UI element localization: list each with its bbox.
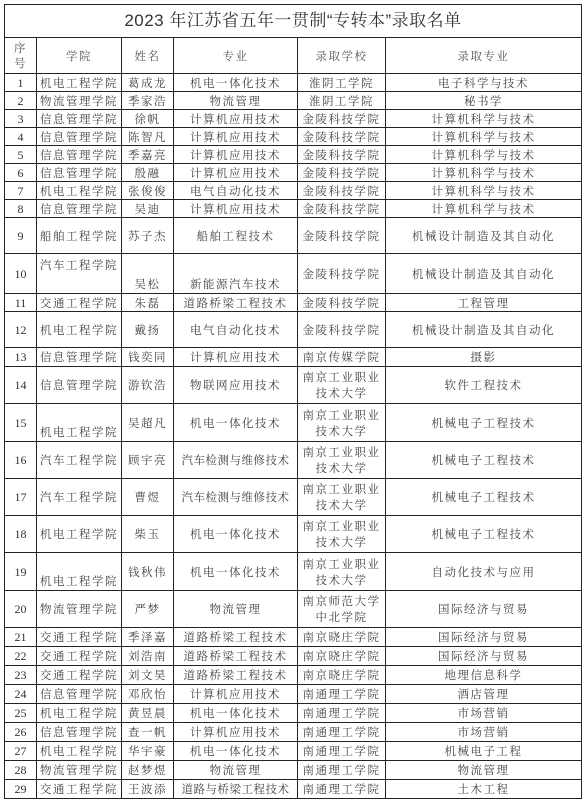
cell-admitted-major: 机械设计制造及其自动化: [386, 254, 582, 294]
table-row: 11 交通工程学院 朱磊 道路桥梁工程技术 金陵科技学院 工程管理: [5, 294, 582, 312]
cell-name: 朱磊: [122, 294, 174, 312]
cell-college: 信息管理学院: [37, 164, 122, 182]
cell-college: 信息管理学院: [37, 723, 122, 742]
cell-college: 船舶工程学院: [37, 218, 122, 254]
cell-college: 机电工程学院: [37, 312, 122, 348]
table-row: 16 汽车工程学院 顾宇亮 汽车检测与维修技术 南京工业职业技术大学 机械电子工…: [5, 442, 582, 479]
cell-college: 交通工程学院: [37, 780, 122, 799]
cell-no: 11: [5, 294, 37, 312]
cell-no: 1: [5, 74, 37, 92]
cell-major: 道路桥梁工程技术: [174, 294, 298, 312]
cell-college: 信息管理学院: [37, 128, 122, 146]
cell-no: 9: [5, 218, 37, 254]
cell-no: 23: [5, 666, 37, 685]
cell-no: 22: [5, 647, 37, 666]
cell-admitted-major: 酒店管理: [386, 685, 582, 704]
cell-admitted-major: 国际经济与贸易: [386, 647, 582, 666]
cell-name: 吴松: [122, 254, 174, 294]
cell-name: 吴迪: [122, 200, 174, 218]
cell-college: 机电工程学院: [37, 553, 122, 591]
cell-admitted-major: 机械电子工程: [386, 742, 582, 761]
cell-major: 船舶工程技术: [174, 218, 298, 254]
cell-school: 淮阴工学院: [298, 92, 386, 110]
cell-major: 计算机应用技术: [174, 110, 298, 128]
cell-major: 物联网应用技术: [174, 367, 298, 404]
cell-major: 机电一体化技术: [174, 553, 298, 591]
cell-no: 15: [5, 404, 37, 442]
cell-admitted-major: 电子科学与技术: [386, 74, 582, 92]
cell-admitted-major: 市场营销: [386, 704, 582, 723]
cell-college: 信息管理学院: [37, 110, 122, 128]
cell-major: 道路与桥梁工程技术: [174, 780, 298, 799]
cell-major: 道路桥梁工程技术: [174, 628, 298, 647]
cell-school: 南京晓庄学院: [298, 628, 386, 647]
cell-college: 信息管理学院: [37, 348, 122, 367]
cell-major: 机电一体化技术: [174, 704, 298, 723]
cell-major: 计算机应用技术: [174, 348, 298, 367]
table-row: 22 交通工程学院 刘浩南 道路桥梁工程技术 南京晓庄学院 国际经济与贸易: [5, 647, 582, 666]
cell-college: 汽车工程学院: [37, 254, 122, 294]
cell-admitted-major: 机械电子工程技术: [386, 516, 582, 553]
cell-school: 南京工业职业技术大学: [298, 516, 386, 553]
cell-major: 物流管理: [174, 591, 298, 628]
cell-no: 5: [5, 146, 37, 164]
cell-school: 金陵科技学院: [298, 200, 386, 218]
table-row: 12 机电工程学院 戴扬 电气自动化技术 金陵科技学院 机械设计制造及其自动化: [5, 312, 582, 348]
cell-college: 物流管理学院: [37, 92, 122, 110]
cell-admitted-major: 国际经济与贸易: [386, 591, 582, 628]
cell-school: 南京工业职业技术大学: [298, 442, 386, 479]
header-major: 专业: [174, 38, 298, 74]
cell-major: 计算机应用技术: [174, 723, 298, 742]
cell-admitted-major: 秘书学: [386, 92, 582, 110]
cell-name: 陈智凡: [122, 128, 174, 146]
cell-school: 金陵科技学院: [298, 182, 386, 200]
cell-admitted-major: 机械电子工程技术: [386, 404, 582, 442]
cell-school: 南京工业职业技术大学: [298, 479, 386, 516]
table-row: 26 信息管理学院 查一帆 计算机应用技术 南通理工学院 市场营销: [5, 723, 582, 742]
table-row: 15 机电工程学院 吴超凡 机电一体化技术 南京工业职业技术大学 机械电子工程技…: [5, 404, 582, 442]
cell-no: 25: [5, 704, 37, 723]
cell-college: 物流管理学院: [37, 591, 122, 628]
cell-college: 机电工程学院: [37, 404, 122, 442]
cell-admitted-major: 摄影: [386, 348, 582, 367]
cell-name: 季嘉亮: [122, 146, 174, 164]
cell-admitted-major: 机械电子工程技术: [386, 479, 582, 516]
cell-college: 机电工程学院: [37, 704, 122, 723]
cell-no: 18: [5, 516, 37, 553]
table-row: 4 信息管理学院 陈智凡 计算机应用技术 金陵科技学院 计算机科学与技术: [5, 128, 582, 146]
cell-admitted-major: 土木工程: [386, 780, 582, 799]
cell-major: 计算机应用技术: [174, 146, 298, 164]
cell-major: 汽车检测与维修技术: [174, 442, 298, 479]
cell-admitted-major: 计算机科学与技术: [386, 110, 582, 128]
cell-major: 新能源汽车技术: [174, 254, 298, 294]
header-seq-line2: 号: [14, 56, 27, 70]
cell-college: 机电工程学院: [37, 74, 122, 92]
cell-major: 电气自动化技术: [174, 182, 298, 200]
cell-admitted-major: 机械设计制造及其自动化: [386, 218, 582, 254]
header-college: 学院: [37, 38, 122, 74]
cell-major: 计算机应用技术: [174, 164, 298, 182]
cell-no: 28: [5, 761, 37, 780]
cell-name: 曹煜: [122, 479, 174, 516]
cell-admitted-major: 自动化技术与应用: [386, 553, 582, 591]
cell-major: 物流管理: [174, 92, 298, 110]
cell-admitted-major: 机械设计制造及其自动化: [386, 312, 582, 348]
cell-major: 机电一体化技术: [174, 516, 298, 553]
cell-college: 机电工程学院: [37, 742, 122, 761]
cell-admitted-major: 国际经济与贸易: [386, 628, 582, 647]
cell-name: 柴玉: [122, 516, 174, 553]
table-row: 1 机电工程学院 葛成龙 机电一体化技术 淮阴工学院 电子科学与技术: [5, 74, 582, 92]
cell-school: 金陵科技学院: [298, 146, 386, 164]
table-row: 9 船舶工程学院 苏子杰 船舶工程技术 金陵科技学院 机械设计制造及其自动化: [5, 218, 582, 254]
cell-college: 交通工程学院: [37, 628, 122, 647]
cell-admitted-major: 计算机科学与技术: [386, 146, 582, 164]
cell-admitted-major: 机械电子工程技术: [386, 442, 582, 479]
cell-college: 信息管理学院: [37, 685, 122, 704]
table-row: 29 交通工程学院 王波添 道路与桥梁工程技术 南通理工学院 土木工程: [5, 780, 582, 799]
cell-school: 南通理工学院: [298, 780, 386, 799]
table-row: 7 机电工程学院 张俊俊 电气自动化技术 金陵科技学院 计算机科学与技术: [5, 182, 582, 200]
table-row: 24 信息管理学院 邓欣怡 计算机应用技术 南通理工学院 酒店管理: [5, 685, 582, 704]
cell-admitted-major: 计算机科学与技术: [386, 164, 582, 182]
cell-school: 金陵科技学院: [298, 164, 386, 182]
cell-no: 26: [5, 723, 37, 742]
cell-school: 金陵科技学院: [298, 312, 386, 348]
cell-major: 机电一体化技术: [174, 742, 298, 761]
cell-name: 邓欣怡: [122, 685, 174, 704]
cell-school: 南京晓庄学院: [298, 666, 386, 685]
cell-name: 刘文昊: [122, 666, 174, 685]
cell-college: 汽车工程学院: [37, 442, 122, 479]
cell-admitted-major: 计算机科学与技术: [386, 128, 582, 146]
cell-major: 机电一体化技术: [174, 404, 298, 442]
header-seq: 序号: [5, 38, 37, 74]
cell-name: 王波添: [122, 780, 174, 799]
cell-school: 南京师范大学中北学院: [298, 591, 386, 628]
cell-name: 游钦浩: [122, 367, 174, 404]
cell-no: 12: [5, 312, 37, 348]
title-row: 2023 年江苏省五年一贯制“专转本”录取名单: [5, 5, 582, 38]
table-row: 13 信息管理学院 钱奕同 计算机应用技术 南京传媒学院 摄影: [5, 348, 582, 367]
cell-major: 计算机应用技术: [174, 128, 298, 146]
cell-college: 交通工程学院: [37, 294, 122, 312]
cell-no: 29: [5, 780, 37, 799]
cell-name: 黄昱晨: [122, 704, 174, 723]
cell-no: 19: [5, 553, 37, 591]
cell-college: 物流管理学院: [37, 761, 122, 780]
cell-name: 张俊俊: [122, 182, 174, 200]
cell-school: 金陵科技学院: [298, 110, 386, 128]
cell-admitted-major: 市场营销: [386, 723, 582, 742]
cell-no: 14: [5, 367, 37, 404]
cell-school: 南京工业职业技术大学: [298, 553, 386, 591]
cell-school: 南京晓庄学院: [298, 647, 386, 666]
table-row: 5 信息管理学院 季嘉亮 计算机应用技术 金陵科技学院 计算机科学与技术: [5, 146, 582, 164]
table-row: 17 汽车工程学院 曹煜 汽车检测与维修技术 南京工业职业技术大学 机械电子工程…: [5, 479, 582, 516]
cell-no: 4: [5, 128, 37, 146]
table-row: 27 机电工程学院 华宇豪 机电一体化技术 南通理工学院 机械电子工程: [5, 742, 582, 761]
cell-major: 电气自动化技术: [174, 312, 298, 348]
cell-school: 南京工业职业技术大学: [298, 367, 386, 404]
cell-college: 机电工程学院: [37, 182, 122, 200]
cell-school: 南京工业职业技术大学: [298, 404, 386, 442]
header-seq-line1: 序: [14, 41, 27, 55]
cell-name: 吴超凡: [122, 404, 174, 442]
cell-admitted-major: 计算机科学与技术: [386, 200, 582, 218]
cell-no: 2: [5, 92, 37, 110]
cell-college: 机电工程学院: [37, 516, 122, 553]
cell-school: 南通理工学院: [298, 685, 386, 704]
table-row: 3 信息管理学院 徐帆 计算机应用技术 金陵科技学院 计算机科学与技术: [5, 110, 582, 128]
cell-admitted-major: 工程管理: [386, 294, 582, 312]
cell-no: 7: [5, 182, 37, 200]
cell-name: 戴扬: [122, 312, 174, 348]
cell-school: 南通理工学院: [298, 761, 386, 780]
cell-no: 27: [5, 742, 37, 761]
cell-school: 金陵科技学院: [298, 218, 386, 254]
header-row: 序号 学院 姓名 专业 录取学校 录取专业: [5, 38, 582, 74]
header-name: 姓名: [122, 38, 174, 74]
cell-college: 信息管理学院: [37, 146, 122, 164]
cell-school: 金陵科技学院: [298, 294, 386, 312]
cell-school: 金陵科技学院: [298, 128, 386, 146]
cell-name: 徐帆: [122, 110, 174, 128]
cell-no: 24: [5, 685, 37, 704]
cell-admitted-major: 计算机科学与技术: [386, 182, 582, 200]
cell-college: 信息管理学院: [37, 367, 122, 404]
cell-name: 查一帆: [122, 723, 174, 742]
table-row: 25 机电工程学院 黄昱晨 机电一体化技术 南通理工学院 市场营销: [5, 704, 582, 723]
cell-no: 13: [5, 348, 37, 367]
cell-name: 季家浩: [122, 92, 174, 110]
cell-no: 21: [5, 628, 37, 647]
cell-admitted-major: 物流管理: [386, 761, 582, 780]
table-row: 6 信息管理学院 殷融 计算机应用技术 金陵科技学院 计算机科学与技术: [5, 164, 582, 182]
table-row: 20 物流管理学院 严梦 物流管理 南京师范大学中北学院 国际经济与贸易: [5, 591, 582, 628]
cell-school: 南京传媒学院: [298, 348, 386, 367]
table-row: 21 交通工程学院 季泽嘉 道路桥梁工程技术 南京晓庄学院 国际经济与贸易: [5, 628, 582, 647]
cell-name: 赵梦煜: [122, 761, 174, 780]
cell-major: 计算机应用技术: [174, 200, 298, 218]
cell-no: 10: [5, 254, 37, 294]
cell-major: 计算机应用技术: [174, 685, 298, 704]
table-row: 28 物流管理学院 赵梦煜 物流管理 南通理工学院 物流管理: [5, 761, 582, 780]
cell-school: 南通理工学院: [298, 742, 386, 761]
cell-name: 钱秋伟: [122, 553, 174, 591]
cell-name: 钱奕同: [122, 348, 174, 367]
cell-major: 物流管理: [174, 761, 298, 780]
table-row: 18 机电工程学院 柴玉 机电一体化技术 南京工业职业技术大学 机械电子工程技术: [5, 516, 582, 553]
cell-college: 交通工程学院: [37, 647, 122, 666]
table-row: 8 信息管理学院 吴迪 计算机应用技术 金陵科技学院 计算机科学与技术: [5, 200, 582, 218]
cell-school: 淮阴工学院: [298, 74, 386, 92]
table-row: 14 信息管理学院 游钦浩 物联网应用技术 南京工业职业技术大学 软件工程技术: [5, 367, 582, 404]
header-admitted-school: 录取学校: [298, 38, 386, 74]
cell-college: 汽车工程学院: [37, 479, 122, 516]
cell-admitted-major: 软件工程技术: [386, 367, 582, 404]
table-row: 23 交通工程学院 刘文昊 道路桥梁工程技术 南京晓庄学院 地理信息科学: [5, 666, 582, 685]
cell-major: 道路桥梁工程技术: [174, 647, 298, 666]
cell-name: 殷融: [122, 164, 174, 182]
cell-no: 8: [5, 200, 37, 218]
cell-name: 顾宇亮: [122, 442, 174, 479]
cell-name: 刘浩南: [122, 647, 174, 666]
table-row: 10 汽车工程学院 吴松 新能源汽车技术 金陵科技学院 机械设计制造及其自动化: [5, 254, 582, 294]
cell-major: 道路桥梁工程技术: [174, 666, 298, 685]
cell-college: 信息管理学院: [37, 200, 122, 218]
cell-name: 华宇豪: [122, 742, 174, 761]
cell-major: 机电一体化技术: [174, 74, 298, 92]
cell-no: 16: [5, 442, 37, 479]
cell-no: 3: [5, 110, 37, 128]
table-row: 19 机电工程学院 钱秋伟 机电一体化技术 南京工业职业技术大学 自动化技术与应…: [5, 553, 582, 591]
cell-name: 严梦: [122, 591, 174, 628]
cell-school: 金陵科技学院: [298, 254, 386, 294]
cell-no: 6: [5, 164, 37, 182]
cell-name: 葛成龙: [122, 74, 174, 92]
cell-name: 季泽嘉: [122, 628, 174, 647]
cell-major: 汽车检测与维修技术: [174, 479, 298, 516]
cell-college: 交通工程学院: [37, 666, 122, 685]
cell-school: 南通理工学院: [298, 723, 386, 742]
admission-roster-table: 2023 年江苏省五年一贯制“专转本”录取名单 序号 学院 姓名 专业 录取学校…: [4, 4, 582, 799]
document-title: 2023 年江苏省五年一贯制“专转本”录取名单: [5, 5, 582, 38]
cell-admitted-major: 地理信息科学: [386, 666, 582, 685]
cell-no: 20: [5, 591, 37, 628]
cell-no: 17: [5, 479, 37, 516]
table-row: 2 物流管理学院 季家浩 物流管理 淮阴工学院 秘书学: [5, 92, 582, 110]
cell-name: 苏子杰: [122, 218, 174, 254]
header-admitted-major: 录取专业: [386, 38, 582, 74]
cell-school: 南通理工学院: [298, 704, 386, 723]
